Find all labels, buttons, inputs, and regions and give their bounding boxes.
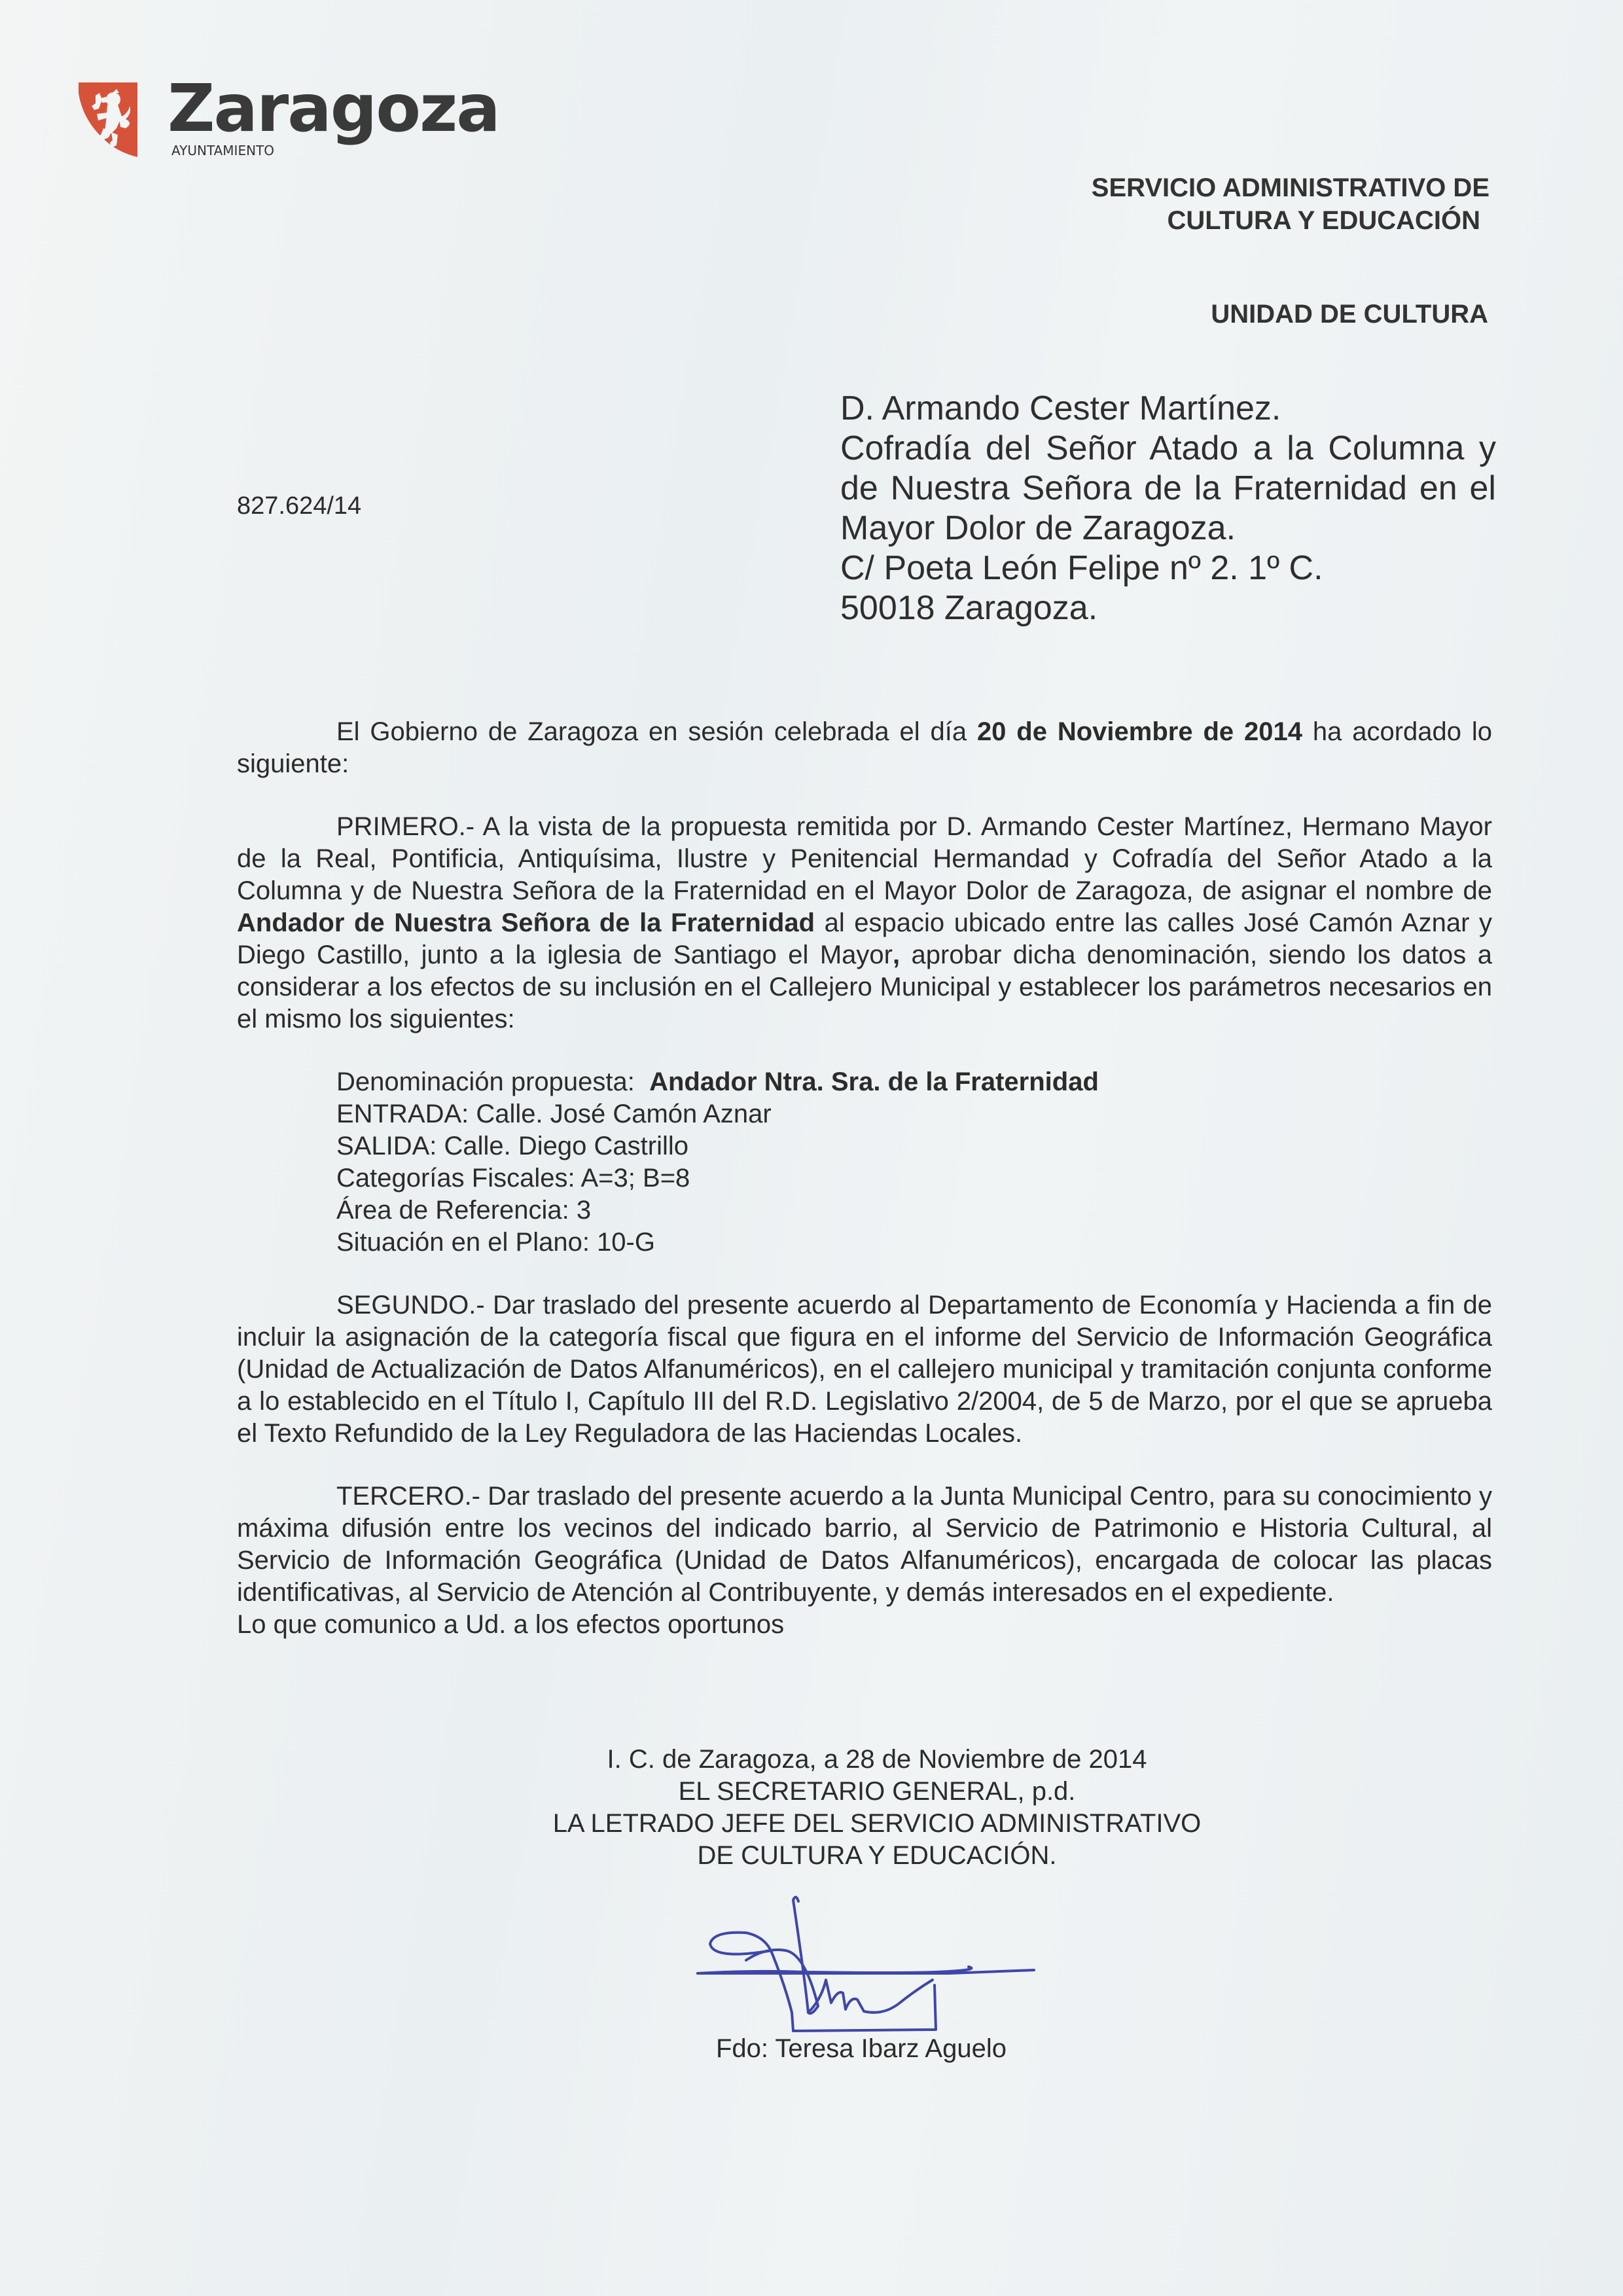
param-value: Andador Ntra. Sra. de la Fraternidad	[649, 1067, 1099, 1096]
signatory-title-2: LA LETRADO JEFE DEL SERVICIO ADMINISTRAT…	[458, 1808, 1296, 1840]
department-line-2: CULTURA Y EDUCACIÓN	[1092, 204, 1489, 237]
primero-bold-comma: ,	[893, 941, 900, 969]
param-area: Área de Referencia: 3	[336, 1194, 1492, 1227]
department-line-1: SERVICIO ADMINISTRATIVO DE	[1092, 173, 1489, 202]
recipient-line: 50018 Zaragoza.	[840, 588, 1496, 628]
param-denominacion: Denominación propuesta: Andador Ntra. Sr…	[336, 1066, 1492, 1098]
intro-text: El Gobierno de Zaragoza en sesión celebr…	[336, 717, 977, 746]
proposed-name: Andador de Nuestra Señora de la Fraterni…	[237, 908, 815, 937]
recipient-line: C/ Poeta León Felipe nº 2. 1º C.	[840, 548, 1496, 588]
street-parameters: Denominación propuesta: Andador Ntra. Sr…	[336, 1066, 1492, 1259]
param-label: Denominación propuesta:	[336, 1067, 649, 1096]
unit-header: UNIDAD DE CULTURA	[1211, 300, 1488, 329]
closing-line: Lo que comunico a Ud. a los efectos opor…	[237, 1609, 1492, 1641]
signatory-title-3: DE CULTURA Y EDUCACIÓN.	[458, 1840, 1296, 1872]
param-categorias: Categorías Fiscales: A=3; B=8	[336, 1162, 1492, 1194]
handwritten-signature-icon	[674, 1882, 1067, 2039]
recipient-address: D. Armando Cester Martínez. Cofradía del…	[840, 389, 1496, 628]
recipient-line: Mayor Dolor de Zaragoza.	[840, 509, 1496, 548]
signature-block: I. C. de Zaragoza, a 28 de Noviembre de …	[458, 1744, 1296, 1872]
department-header: SERVICIO ADMINISTRATIVO DE CULTURA Y EDU…	[1092, 171, 1489, 237]
brand-wordmark: Zaragoza AYUNTAMIENTO	[168, 76, 499, 141]
signatory-title-1: EL SECRETARIO GENERAL, p.d.	[458, 1776, 1296, 1808]
param-salida: SALIDA: Calle. Diego Castrillo	[336, 1130, 1492, 1162]
recipient-line: Cofradía del Señor Atado a la Columna y	[840, 429, 1496, 469]
primero-text: PRIMERO.- A la vista de la propuesta rem…	[237, 812, 1492, 905]
param-situacion: Situación en el Plano: 10-G	[336, 1227, 1492, 1259]
brand-name: Zaragoza	[168, 76, 499, 141]
primero-paragraph: PRIMERO.- A la vista de la propuesta rem…	[237, 811, 1492, 1035]
session-date: 20 de Noviembre de 2014	[977, 717, 1302, 746]
tercero-paragraph: TERCERO.- Dar traslado del presente acue…	[237, 1480, 1492, 1609]
brand-subtitle: AYUNTAMIENTO	[171, 143, 274, 158]
city-logo: Zaragoza AYUNTAMIENTO	[77, 80, 139, 165]
letter-body: El Gobierno de Zaragoza en sesión celebr…	[237, 716, 1492, 1641]
segundo-paragraph: SEGUNDO.- Dar traslado del presente acue…	[237, 1289, 1492, 1450]
intro-paragraph: El Gobierno de Zaragoza en sesión celebr…	[237, 716, 1492, 780]
signed-by: Fdo: Teresa Ibarz Aguelo	[716, 2034, 1007, 2064]
recipient-line: D. Armando Cester Martínez.	[840, 389, 1496, 429]
param-entrada: ENTRADA: Calle. José Camón Aznar	[336, 1098, 1492, 1130]
reference-number: 827.624/14	[237, 492, 361, 520]
letter-page: Zaragoza AYUNTAMIENTO SERVICIO ADMINISTR…	[0, 0, 1623, 2296]
recipient-line: de Nuestra Señora de la Fraternidad en e…	[840, 469, 1496, 509]
place-date: I. C. de Zaragoza, a 28 de Noviembre de …	[458, 1744, 1296, 1776]
lion-crest-icon	[77, 80, 139, 162]
